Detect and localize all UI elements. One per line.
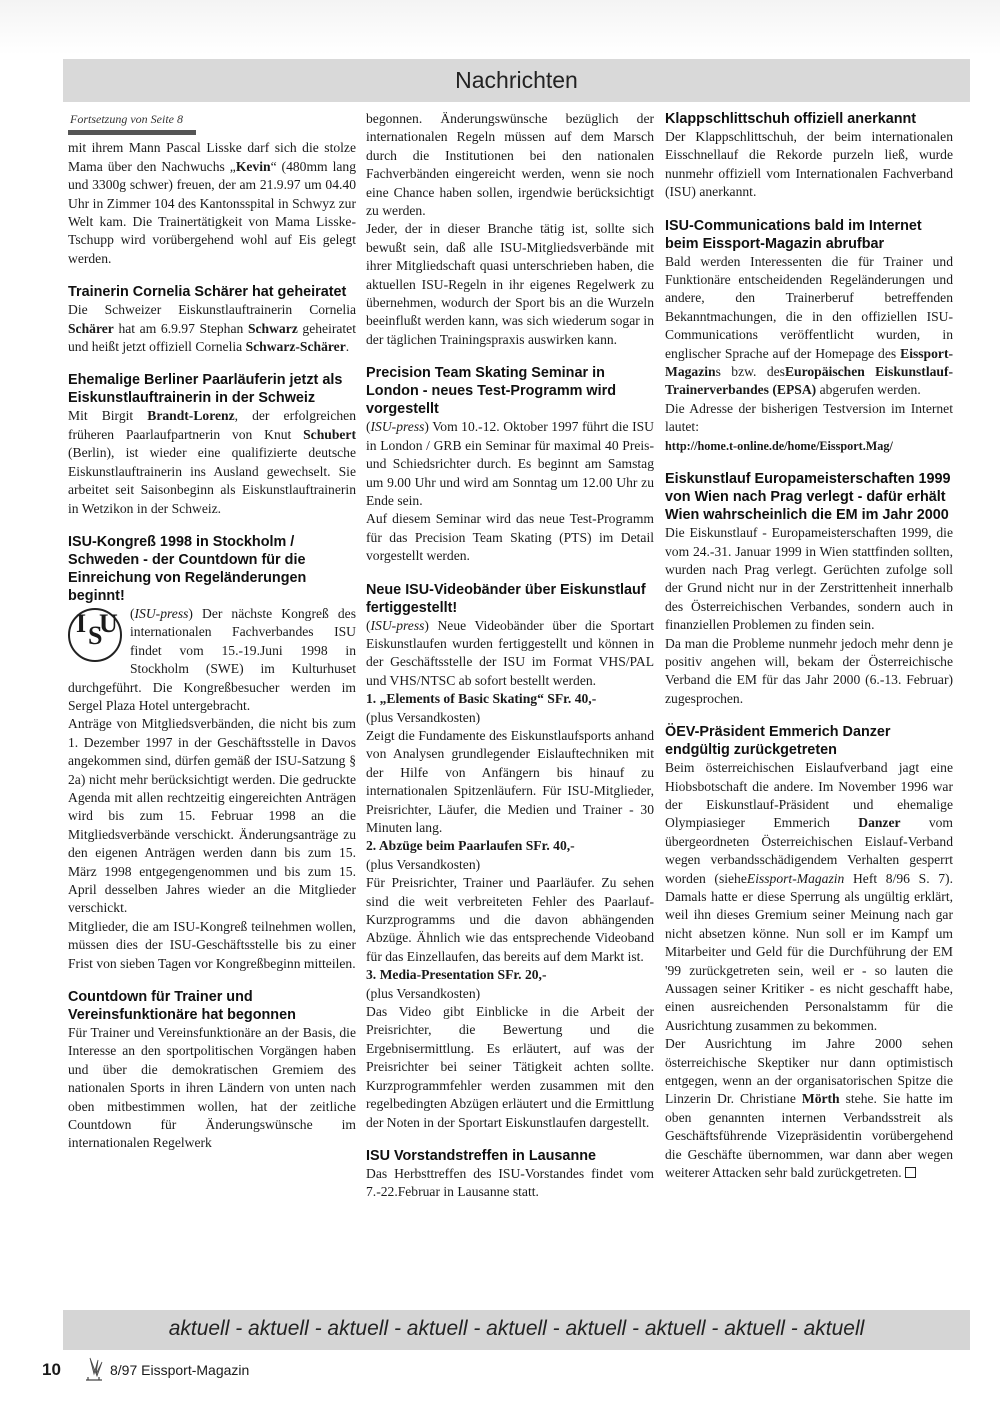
- article-body: Beim österreichischen Eislaufverband jag…: [665, 759, 953, 1035]
- page-top-shade: [0, 0, 1000, 55]
- column-1: Fortsetzung von Seite 8 mit ihrem Mann P…: [68, 110, 356, 1153]
- article-headline: Precision Team Skating Seminar in London…: [366, 364, 654, 418]
- article-body: Bald werden Interessenten die für Traine…: [665, 253, 953, 400]
- article-headline: ÖEV-Präsident Emmerich Danzer endgültig …: [665, 723, 953, 759]
- video-note: (plus Versandkosten): [366, 709, 654, 727]
- article-body: Der Ausrichtung im Jahre 2000 sehen öste…: [665, 1035, 953, 1182]
- footer-banner: aktuell - aktuell - aktuell - aktuell - …: [63, 1310, 970, 1350]
- article-headline: ISU Vorstandstreffen in Lausanne: [366, 1147, 654, 1165]
- article-body: Der Klappschlittschuh, der beim internat…: [665, 128, 953, 202]
- section-title: Nachrichten: [63, 67, 970, 94]
- article-continuation-text: mit ihrem Mann Pascal Lisske darf sich d…: [68, 139, 356, 268]
- page-number: 10: [42, 1360, 61, 1380]
- article-body: Mit Birgit Brandt-Lorenz, der erfolgreic…: [68, 407, 356, 517]
- article-body: Die Adresse der bisherigen Testversion i…: [665, 400, 953, 437]
- article-body: (ISU-press) Vom 10.-12. Oktober 1997 füh…: [366, 418, 654, 510]
- article-continuation-text: Jeder, der in dieser Branche tätig ist, …: [366, 220, 654, 349]
- article-headline: ISU-Communications bald im Internet beim…: [665, 217, 953, 253]
- article-body: Das Herbsttreffen des ISU-Vorstandes fin…: [366, 1165, 654, 1202]
- article-continuation-text: begonnen. Änderungswünsche bezüglich der…: [366, 110, 654, 220]
- isu-logo-icon: I S U: [68, 608, 122, 662]
- column-2: begonnen. Änderungswünsche bezüglich der…: [366, 110, 654, 1202]
- article-headline: Trainerin Cornelia Schärer hat geheirate…: [68, 283, 356, 301]
- article-body: Anträge von Mitgliedsverbänden, die nich…: [68, 715, 356, 917]
- video-description: Das Video gibt Einblicke in die Arbeit d…: [366, 1003, 654, 1132]
- article-body: Die Schweizer Eiskunstlauftrainerin Corn…: [68, 301, 356, 356]
- article-headline: Countdown für Trainer und Vereinsfunktio…: [68, 988, 356, 1024]
- end-of-article-icon: [905, 1167, 916, 1178]
- video-note: (plus Versandkosten): [366, 856, 654, 874]
- video-note: (plus Versandkosten): [366, 985, 654, 1003]
- article-body: (ISU-press) Neue Videobänder über die Sp…: [366, 617, 654, 691]
- article-headline: Klappschlittschuh offiziell anerkannt: [665, 110, 953, 128]
- article-body: Die Eiskunstlauf - Europameisterschaften…: [665, 524, 953, 634]
- article-body: Da man die Probleme nunmehr jedoch mehr …: [665, 635, 953, 709]
- issue-label: 8/97 Eissport-Magazin: [110, 1362, 249, 1378]
- section-header: Nachrichten: [63, 59, 970, 102]
- footer-banner-text: aktuell - aktuell - aktuell - aktuell - …: [63, 1317, 970, 1341]
- article-headline: Eiskunstlauf Europameisterschaften 1999 …: [665, 470, 953, 524]
- article-body: Auf diesem Seminar wird das neue Test-Pr…: [366, 510, 654, 565]
- article-headline: ISU-Kongreß 1998 in Stockholm / Schweden…: [68, 533, 356, 605]
- video-description: Für Preisrichter, Trainer und Paarläufer…: [366, 874, 654, 966]
- continuation-note: Fortsetzung von Seite 8: [70, 110, 356, 128]
- video-title: 2. Abzüge beim Paarlaufen SFr. 40,-: [366, 837, 654, 855]
- video-description: Zeigt die Fundamente des Eiskunstlaufspo…: [366, 727, 654, 837]
- article-headline: Neue ISU-Videobänder über Eiskunstlauf f…: [366, 581, 654, 617]
- website-url-link[interactable]: http://home.t-online.de/home/Eissport.Ma…: [665, 437, 953, 455]
- video-title: 1. „Elements of Basic Skating“ SFr. 40,-: [366, 690, 654, 708]
- video-title: 3. Media-Presentation SFr. 20,-: [366, 966, 654, 984]
- article-body: Mitglieder, die am ISU-Kongreß teilnehme…: [68, 918, 356, 973]
- divider: [68, 130, 196, 135]
- skater-logo-icon: [84, 1356, 106, 1384]
- column-3: Klappschlittschuh offiziell anerkannt De…: [665, 110, 953, 1183]
- article-body: Für Trainer und Vereinsfunktionäre an de…: [68, 1024, 356, 1153]
- article-headline: Ehemalige Berliner Paarläuferin jetzt al…: [68, 371, 356, 407]
